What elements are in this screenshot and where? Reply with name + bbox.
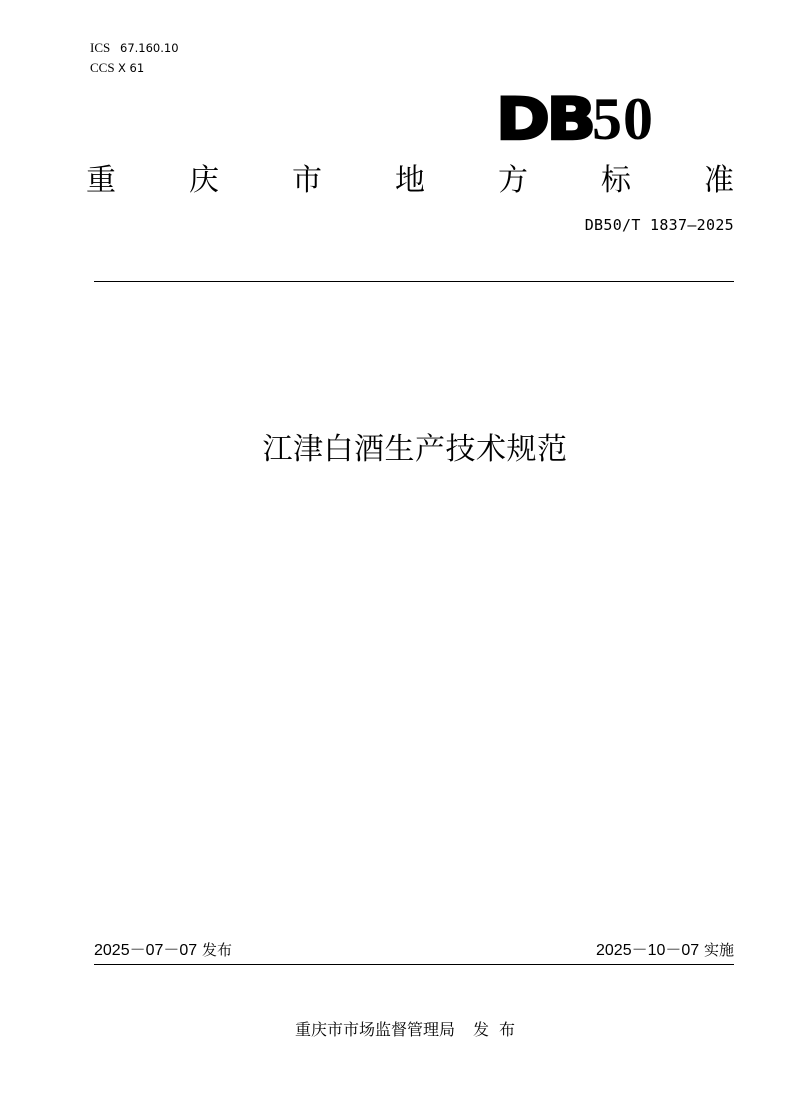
top-divider xyxy=(94,281,734,282)
dates-row: 2025－07－07 发布 2025－10－07 实施 xyxy=(94,939,734,962)
heading-char: 市 xyxy=(292,160,322,202)
publish-date-block: 2025－07－07 发布 xyxy=(94,939,232,962)
heading-char: 方 xyxy=(498,160,528,202)
publish-label: 发布 xyxy=(202,941,232,959)
issuer-action-1: 发 xyxy=(473,1020,489,1039)
heading-char: 重 xyxy=(86,160,116,202)
issuer-action-2: 布 xyxy=(499,1020,515,1039)
heading-char: 庆 xyxy=(189,160,219,202)
ics-value: 67.160.10 xyxy=(120,41,179,55)
implement-date: 2025－10－07 xyxy=(596,942,699,959)
issuer-line: 重庆市市场监督管理局发布 xyxy=(0,1018,790,1042)
db50-logo: DB 50 xyxy=(496,88,654,144)
document-title: 江津白酒生产技术规范 xyxy=(0,428,790,472)
ics-row: ICS67.160.10 xyxy=(90,38,179,58)
bottom-divider xyxy=(94,964,734,965)
heading-char: 地 xyxy=(395,160,425,202)
ccs-row: CCSX 61 xyxy=(90,58,179,78)
standard-number: DB50/T 1837—2025 xyxy=(585,214,734,236)
heading-char: 标 xyxy=(601,160,631,202)
ics-label: ICS xyxy=(90,38,120,57)
classification-codes: ICS67.160.10 CCSX 61 xyxy=(90,38,179,78)
ccs-label: CCS xyxy=(90,58,118,77)
publish-date: 2025－07－07 xyxy=(94,942,197,959)
implement-date-block: 2025－10－07 实施 xyxy=(596,939,734,962)
issuer-name: 重庆市市场监督管理局 xyxy=(295,1020,455,1039)
standard-type-heading: 重 庆 市 地 方 标 准 xyxy=(86,160,734,202)
heading-char: 准 xyxy=(704,160,734,202)
implement-label: 实施 xyxy=(704,941,734,959)
logo-prefix: DB xyxy=(496,94,604,144)
ccs-value: X 61 xyxy=(118,61,144,75)
